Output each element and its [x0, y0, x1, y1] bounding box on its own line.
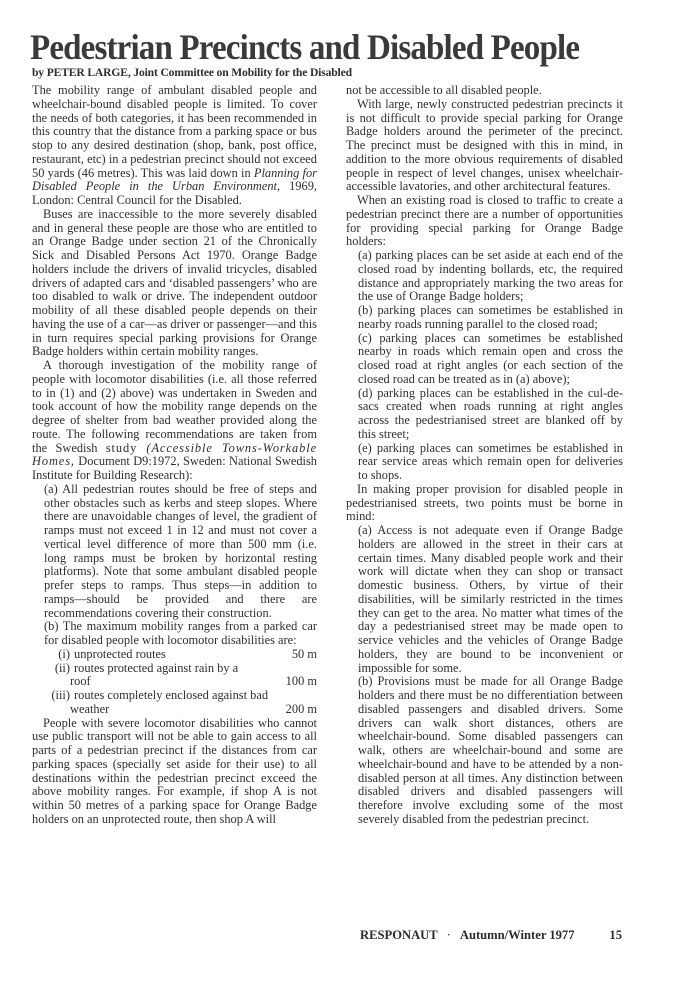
paragraph: With large, newly constructed pedestrian… — [346, 98, 623, 194]
range-row: (iii)routes completely enclosed against … — [44, 689, 317, 703]
paragraph: Buses are inaccessible to the more sever… — [32, 208, 317, 359]
range-label: routes protected against rain by a — [74, 662, 238, 676]
list-item: (b) parking places can sometimes be esta… — [358, 304, 623, 332]
range-label: routes completely enclosed against bad — [74, 689, 268, 703]
range-row: (i)unprotected routes 50 m — [44, 648, 317, 662]
list-item: (a) All pedestrian routes should be free… — [44, 483, 317, 621]
list-item: (e) parking places can sometimes be esta… — [358, 442, 623, 483]
range-row-continued: roof 100 m — [44, 675, 317, 689]
list-item: (c) parking places can sometimes be esta… — [358, 332, 623, 387]
paragraph: not be accessible to all disabled people… — [346, 84, 623, 98]
paragraph: People with severe locomotor disabilitie… — [32, 717, 317, 827]
page-number: 15 — [609, 928, 622, 943]
list-item: (d) parking places can be established in… — [358, 387, 623, 442]
range-numeral: (i) — [44, 648, 74, 662]
paragraph: The mobility range of ambulant disabled … — [32, 84, 317, 208]
paragraph: In making proper provision for disabled … — [346, 483, 623, 524]
paragraph-text: Document D9:1972, Sweden: National Swedi… — [32, 454, 317, 482]
range-label: weather — [44, 703, 109, 717]
list-item: (a) Access is not adequate even if Orang… — [358, 524, 623, 675]
right-column: not be accessible to all disabled people… — [346, 84, 623, 827]
mobility-ranges-list: (i)unprotected routes 50 m (ii)routes pr… — [32, 648, 317, 717]
range-value: 50 m — [292, 648, 317, 662]
paragraph: A thorough investigation of the mobility… — [32, 359, 317, 483]
issue-label: Autumn/Winter 1977 — [460, 928, 575, 943]
left-column: The mobility range of ambulant disabled … — [32, 84, 317, 827]
range-row: (ii)routes protected against rain by a — [44, 662, 317, 676]
list-item: (b) Provisions must be made for all Oran… — [358, 675, 623, 826]
range-value: 100 m — [286, 675, 317, 689]
range-value: 200 m — [286, 703, 317, 717]
article-byline: by PETER LARGE, Joint Committee on Mobil… — [32, 66, 352, 80]
range-label: roof — [44, 675, 91, 689]
range-row-continued: weather 200 m — [44, 703, 317, 717]
range-numeral: (ii) — [44, 662, 74, 676]
page-footer: RESPONAUT · Autumn/Winter 1977 15 — [360, 928, 622, 943]
list-item: (b) The maximum mobility ranges from a p… — [44, 620, 317, 648]
paragraph-text: study — [106, 441, 137, 455]
range-numeral: (iii) — [44, 689, 74, 703]
paragraph: When an existing road is closed to traff… — [346, 194, 623, 249]
range-label: unprotected routes — [74, 648, 166, 662]
article-title: Pedestrian Precincts and Disabled People — [30, 29, 597, 65]
footer-separator: · — [447, 928, 451, 943]
list-item: (a) parking places can be set aside at e… — [358, 249, 623, 304]
publication-name: RESPONAUT — [360, 928, 438, 943]
